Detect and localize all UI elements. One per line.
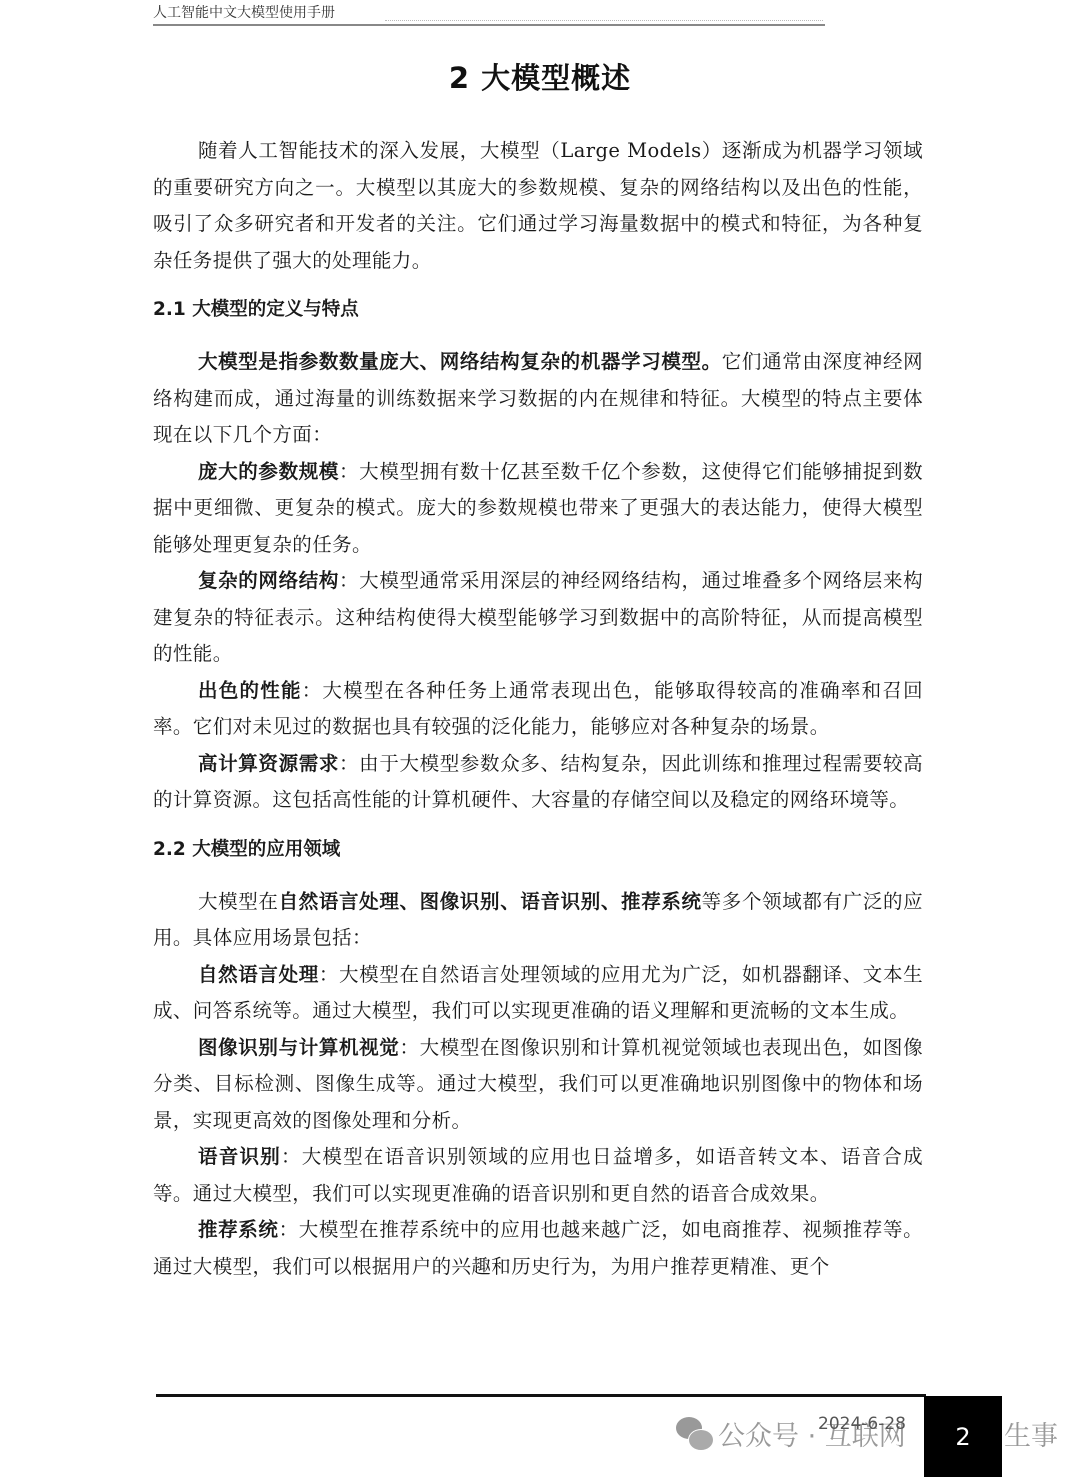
chapter-title: 2 大模型概述 (0, 56, 1080, 97)
watermark-tail-text: 生事 (1004, 1414, 1058, 1453)
bold-lead: 自然语言处理、图像识别、语音识别、推荐系统 (279, 890, 702, 913)
application-item: 图像识别与计算机视觉：大模型在图像识别和计算机视觉领域也表现出色，如图像分类、目… (153, 1030, 923, 1140)
bold-lead: 大模型是指参数数量庞大、网络结构复杂的机器学习模型。 (198, 350, 722, 373)
section-lead-paragraph: 大模型在自然语言处理、图像识别、语音识别、推荐系统等多个领域都有广泛的应用。具体… (153, 884, 923, 957)
section-lead-paragraph: 大模型是指参数数量庞大、网络结构复杂的机器学习模型。它们通常由深度神经网络构建而… (153, 344, 923, 454)
document-body: 随着人工智能技术的深入发展，大模型（Large Models）逐渐成为机器学习领… (153, 133, 923, 1285)
footer-rule (156, 1394, 926, 1397)
feature-term: 出色的性能 (198, 679, 302, 702)
application-item: 自然语言处理：大模型在自然语言处理领域的应用尤为广泛，如机器翻译、文本生成、问答… (153, 957, 923, 1030)
intro-paragraph: 随着人工智能技术的深入发展，大模型（Large Models）逐渐成为机器学习领… (153, 133, 923, 279)
section-title-2-1: 2.1 大模型的定义与特点 (153, 292, 923, 328)
running-header: 人工智能中文大模型使用手册 (153, 4, 825, 26)
section-title-2-2: 2.2 大模型的应用领域 (153, 832, 923, 868)
application-term: 推荐系统 (198, 1218, 279, 1241)
feature-term: 高计算资源需求 (198, 752, 339, 775)
feature-item: 复杂的网络结构：大模型通常采用深层的神经网络结构，通过堆叠多个网络层来构建复杂的… (153, 563, 923, 673)
application-term: 图像识别与计算机视觉 (198, 1036, 399, 1059)
feature-item: 高计算资源需求：由于大模型参数众多、结构复杂，因此训练和推理过程需要较高的计算资… (153, 746, 923, 819)
running-header-title: 人工智能中文大模型使用手册 (153, 5, 335, 21)
footer-date: 2024-6-28 (818, 1414, 906, 1434)
page-number-box: 2 (924, 1396, 1002, 1477)
application-item: 语音识别：大模型在语音识别领域的应用也日益增多，如语音转文本、语音合成等。通过大… (153, 1139, 923, 1212)
feature-term: 庞大的参数规模 (198, 460, 339, 483)
feature-term: 复杂的网络结构 (198, 569, 339, 592)
page-number: 2 (955, 1423, 970, 1451)
feature-item: 庞大的参数规模：大模型拥有数十亿甚至数千亿个参数，这使得它们能够捕捉到数据中更细… (153, 454, 923, 564)
wechat-icon (676, 1417, 712, 1451)
application-term: 自然语言处理 (198, 963, 319, 986)
application-term: 语音识别 (198, 1145, 281, 1168)
header-dot-leader (385, 20, 823, 21)
feature-item: 出色的性能：大模型在各种任务上通常表现出色，能够取得较高的准确率和召回率。它们对… (153, 673, 923, 746)
application-item: 推荐系统：大模型在推荐系统中的应用也越来越广泛，如电商推荐、视频推荐等。通过大模… (153, 1212, 923, 1285)
lead-pre: 大模型在 (198, 890, 279, 913)
